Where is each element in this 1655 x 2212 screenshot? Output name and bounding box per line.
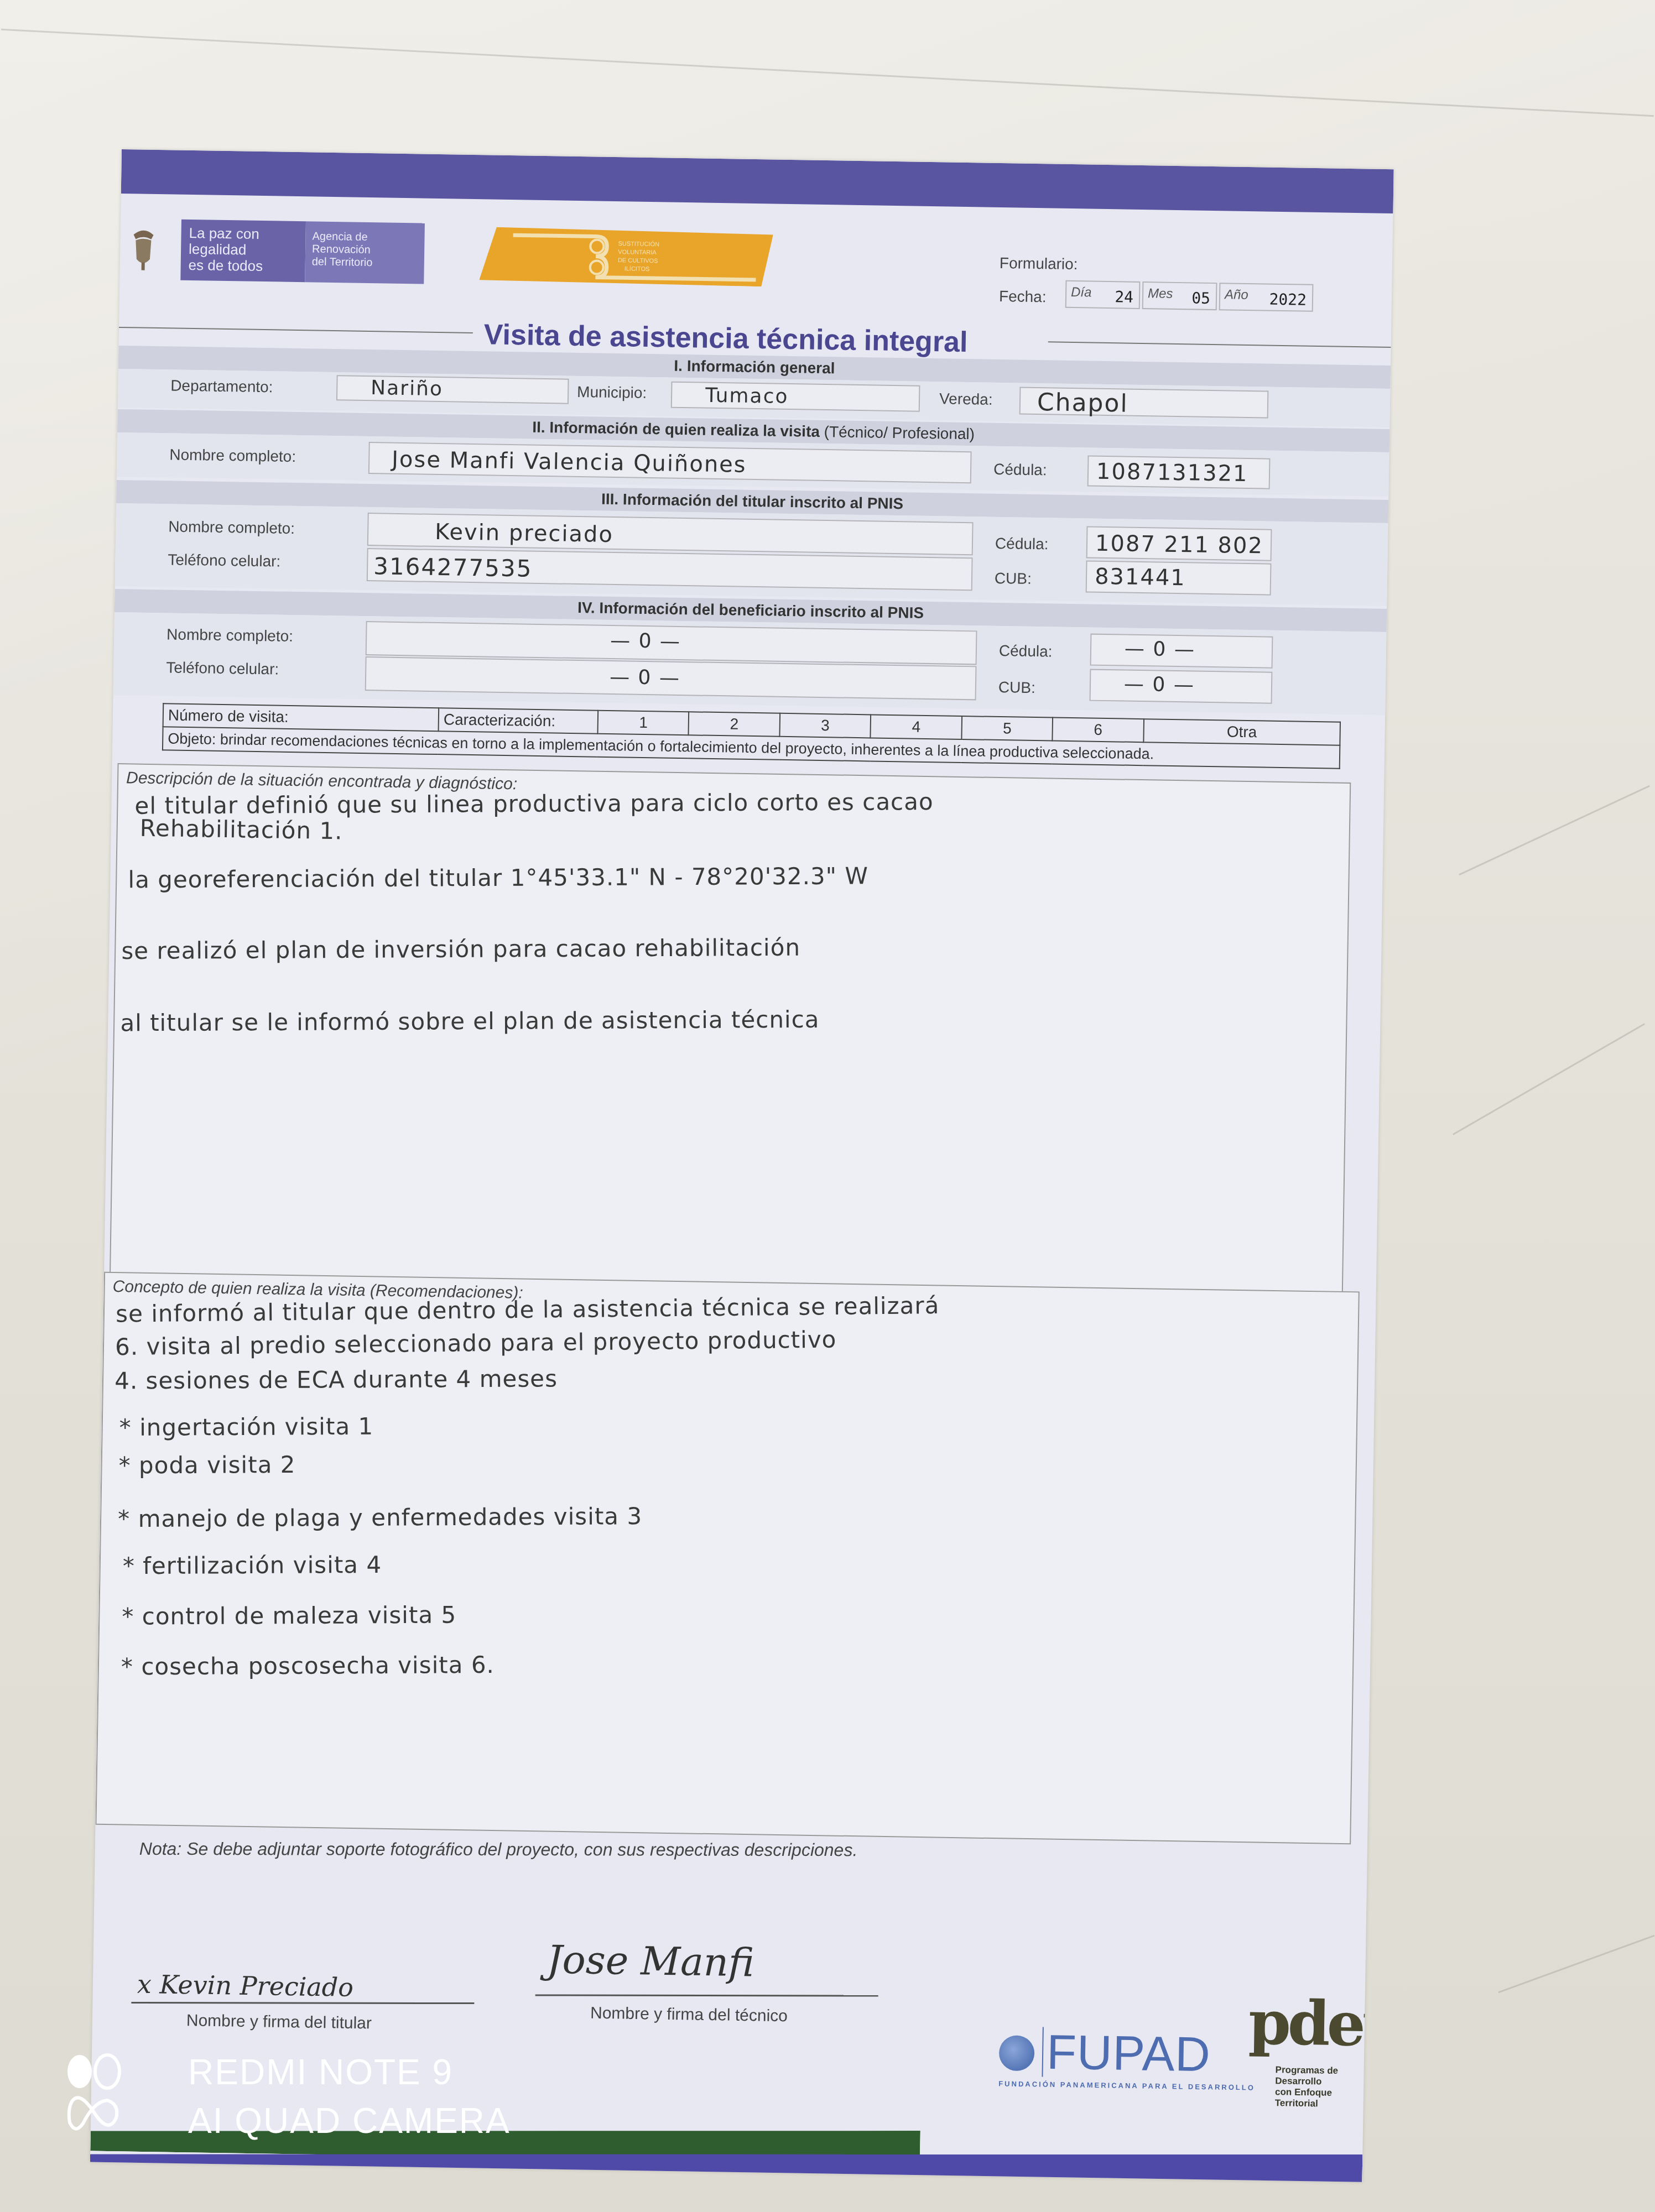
mes-field[interactable]: Mes 05 <box>1142 281 1217 310</box>
vereda-value: Chapol <box>1037 388 1128 418</box>
section-2-title: II. Información de quien realiza la visi… <box>532 419 820 440</box>
colombia-coat-of-arms-icon <box>131 227 156 272</box>
pdet-caption: Programas de Desarrollo con Enfoque Terr… <box>1275 2064 1375 2110</box>
title-rule <box>1048 341 1391 348</box>
quad-camera-icon <box>66 2052 122 2140</box>
titular-cedula-label: Cédula: <box>995 535 1049 554</box>
concepto-line: * poda visita 2 <box>119 1451 296 1479</box>
agency-logo-text: del Territorio <box>312 255 418 270</box>
fecha-fields: Día 24 Mes 05 Año 2022 <box>1065 280 1316 312</box>
tecnico-cedula-field[interactable]: 1087131321 <box>1087 456 1271 489</box>
pnis-logo: SUSTITUCIÓN VOLUNTARIA DE CULTIVOS ILÍCI… <box>479 227 773 286</box>
gov-logo-text: legalidad <box>189 241 298 259</box>
section-4-title: IV. Información del beneficiario inscrit… <box>577 599 924 622</box>
pdet-caption-line: con Enfoque Territorial <box>1275 2086 1372 2110</box>
caracterizacion-option[interactable]: Caracterización: <box>439 708 598 734</box>
agency-logo-text: Renovación <box>312 243 418 257</box>
beneficiario-cedula-label: Cédula: <box>999 642 1053 661</box>
visit-option-1[interactable]: 1 <box>598 711 689 735</box>
dia-label: Día <box>1071 285 1092 301</box>
vereda-field[interactable]: Chapol <box>1019 387 1269 419</box>
gov-logo-text: La paz con <box>189 225 298 243</box>
visit-option-otra[interactable]: Otra <box>1143 719 1340 745</box>
titular-cub-field[interactable]: 831441 <box>1086 560 1272 595</box>
concepto-line: 4. sesiones de ECA durante 4 meses <box>115 1365 558 1394</box>
titular-nombre-label: Nombre completo: <box>168 518 295 538</box>
concepto-line: * cosecha poscosecha visita 6. <box>121 1651 495 1681</box>
visit-option-4[interactable]: 4 <box>871 714 962 739</box>
anio-value: 2022 <box>1269 290 1307 309</box>
titular-signature-line <box>131 2002 474 2004</box>
gov-logo-text: es de todos <box>188 257 297 275</box>
titular-telefono-label: Teléfono celular: <box>168 551 280 570</box>
svg-text:DE CULTIVOS: DE CULTIVOS <box>618 257 658 264</box>
nota-text: Nota: Se debe adjuntar soporte fotográfi… <box>139 1839 858 1860</box>
departamento-field[interactable]: Nariño <box>336 375 569 404</box>
form-sheet: La paz con legalidad es de todos Agencia… <box>90 149 1394 2182</box>
pdet-logo: pdet Programas de Desarrollo con Enfoque… <box>1247 1986 1376 2099</box>
concepto-line: * fertilización visita 4 <box>123 1551 382 1579</box>
svg-text:SUSTITUCIÓN: SUSTITUCIÓN <box>618 240 659 248</box>
beneficiario-cedula-field[interactable]: — 0 — <box>1090 634 1273 669</box>
fupad-subtitle: FUNDACIÓN PANAMERICANA PARA EL DESARROLL… <box>998 2079 1255 2091</box>
concepto-box[interactable]: Concepto de quien realiza la visita (Rec… <box>95 1272 1359 1845</box>
titular-cedula-value: 1087 211 802 <box>1095 531 1264 559</box>
watermark-camera: AI QUAD CAMERA <box>188 2100 511 2141</box>
tecnico-signature-caption: Nombre y firma del técnico <box>590 2004 788 2026</box>
agency-logo-text: Agencia de <box>312 230 418 244</box>
titular-cub-value: 831441 <box>1095 564 1186 591</box>
formulario-label: Formulario: <box>1000 254 1078 273</box>
descripcion-box[interactable]: Descripción de la situación encontrada y… <box>110 763 1351 1297</box>
anio-field[interactable]: Año 2022 <box>1219 283 1314 312</box>
section-2-subtitle: (Técnico/ Profesional) <box>824 423 975 442</box>
svg-text:ILÍCITOS: ILÍCITOS <box>624 265 650 273</box>
tecnico-signature-line <box>535 1994 878 1996</box>
watermark-model: REDMI NOTE 9 <box>188 2052 453 2093</box>
mes-label: Mes <box>1148 286 1173 302</box>
section-3-title: III. Información del titular inscrito al… <box>601 491 904 513</box>
concepto-line: * control de maleza visita 5 <box>122 1601 456 1630</box>
titular-cub-label: CUB: <box>995 570 1032 588</box>
beneficiario-telefono-value: — 0 — <box>610 666 680 690</box>
titular-telefono-value: 3164277535 <box>373 552 533 582</box>
descripcion-line: el titular definió que su linea producti… <box>134 788 933 820</box>
concepto-line: 6. visita al predio seleccionado para el… <box>115 1326 837 1360</box>
dia-field[interactable]: Día 24 <box>1065 280 1141 309</box>
descripcion-line: la georeferenciación del titular 1°45'33… <box>128 862 868 893</box>
dia-value: 24 <box>1115 288 1133 306</box>
beneficiario-nombre-label: Nombre completo: <box>166 625 293 645</box>
anio-label: Año <box>1225 287 1248 303</box>
tecnico-cedula-label: Cédula: <box>993 461 1047 479</box>
visit-option-3[interactable]: 3 <box>779 713 871 738</box>
departamento-value: Nariño <box>371 377 443 400</box>
titular-nombre-value: Kevin preciado <box>435 519 613 547</box>
concepto-line: * ingertación visita 1 <box>119 1413 374 1441</box>
visit-number-table: Número de visita: Caracterización: 1 2 3… <box>162 703 1341 769</box>
beneficiario-cub-field[interactable]: — 0 — <box>1090 669 1273 704</box>
beneficiario-cub-label: CUB: <box>998 679 1035 697</box>
beneficiario-nombre-value: — 0 — <box>610 629 681 653</box>
titular-cedula-field[interactable]: 1087 211 802 <box>1086 526 1272 561</box>
mes-value: 05 <box>1191 289 1210 307</box>
tecnico-cedula-value: 1087131321 <box>1096 459 1248 487</box>
beneficiario-telefono-label: Teléfono celular: <box>166 659 279 678</box>
municipio-value: Tumaco <box>705 384 789 408</box>
visit-option-5[interactable]: 5 <box>961 716 1053 741</box>
beneficiario-cedula-value: — 0 — <box>1125 638 1195 661</box>
globe-icon <box>999 2035 1035 2071</box>
tecnico-nombre-label: Nombre completo: <box>169 446 296 466</box>
fupad-name: FUPAD <box>1042 2027 1211 2080</box>
tecnico-nombre-value: Jose Manfi Valencia Quiñones <box>392 447 747 478</box>
section-1-title: I. Información general <box>674 357 835 377</box>
municipio-label: Municipio: <box>577 383 647 402</box>
beneficiario-cub-value: — 0 — <box>1124 673 1195 697</box>
fecha-label: Fecha: <box>999 288 1047 306</box>
title-rule <box>119 327 473 333</box>
descripcion-line: al titular se le informó sobre el plan d… <box>120 1006 819 1037</box>
titular-signature: x Kevin Preciado <box>137 1969 353 2002</box>
titular-signature-caption: Nombre y firma del titular <box>186 2011 372 2033</box>
descripcion-line: se realizó el plan de inversión para cac… <box>121 934 800 964</box>
descripcion-line: Rehabilitación 1. <box>139 815 343 845</box>
visit-option-6[interactable]: 6 <box>1053 718 1144 743</box>
vereda-label: Vereda: <box>939 390 993 409</box>
municipio-field[interactable]: Tumaco <box>671 382 920 412</box>
visit-option-2[interactable]: 2 <box>689 712 780 737</box>
svg-text:VOLUNTARIA: VOLUNTARIA <box>618 249 657 256</box>
departamento-label: Departamento: <box>170 377 273 396</box>
tecnico-signature: Jose Manfi <box>547 1937 754 1985</box>
gov-logo: La paz con legalidad es de todos Agencia… <box>180 220 425 284</box>
concepto-line: * manejo de plaga y enfermedades visita … <box>118 1503 642 1532</box>
pdet-caption-line: Programas de Desarrollo <box>1275 2064 1372 2088</box>
